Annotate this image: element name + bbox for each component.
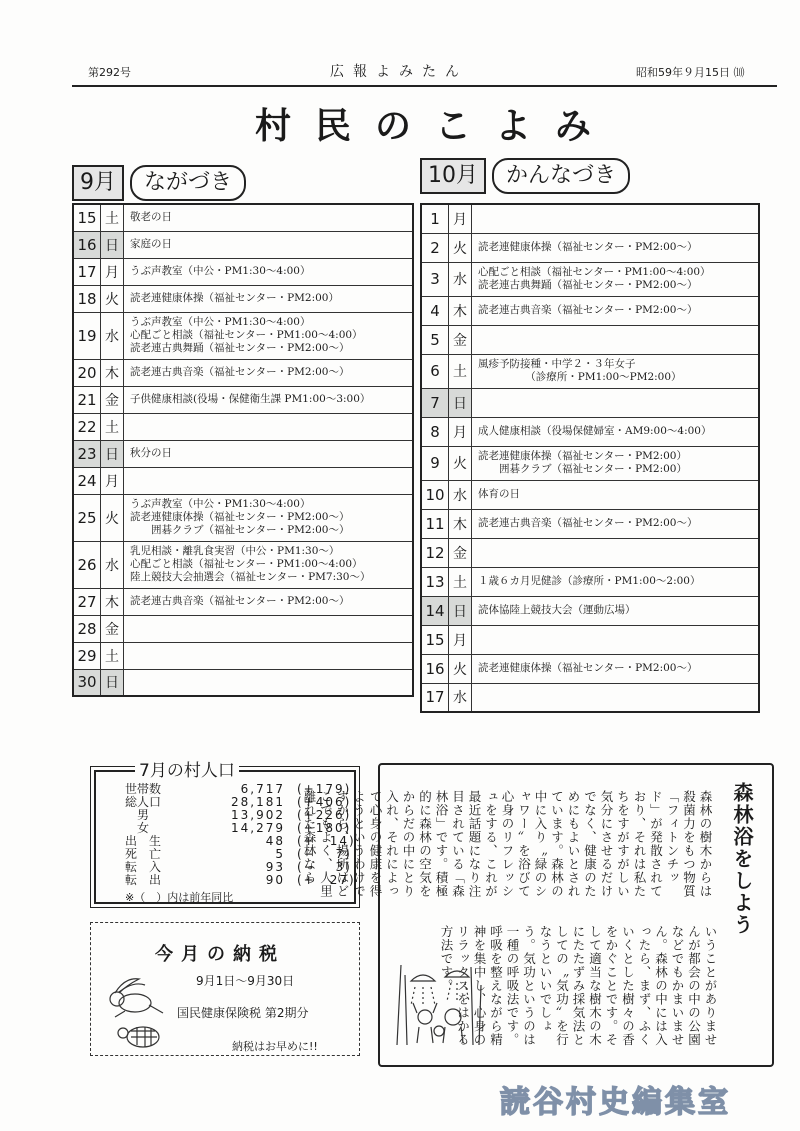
weekday: 水 [101, 312, 124, 359]
day-number: 26 [73, 541, 101, 588]
day-number: 9 [421, 446, 449, 480]
day-number: 4 [421, 296, 449, 325]
calendar-row: 14日読体協陸上競技大会（運動広場） [421, 596, 759, 625]
september-month-number: 9月 [72, 165, 124, 201]
calendar-row: 30日 [73, 669, 413, 696]
day-number: 23 [73, 440, 101, 467]
events-cell [124, 669, 414, 696]
weekday: 土 [101, 204, 124, 231]
october-calendar: 1月2火読老連健康体操（福祉センター・PM2:00～）3水心配ごと相談（福祉セン… [420, 203, 760, 713]
day-number: 3 [421, 262, 449, 296]
september-label: 9月 ながづき [72, 165, 246, 201]
weekday: 土 [101, 413, 124, 440]
calendar-row: 11木読老連古典音楽（福祉センター・PM2:00～） [421, 509, 759, 538]
day-number: 19 [73, 312, 101, 359]
event: 囲碁クラブ（福祉センター・PM2:00） [478, 463, 758, 476]
october-month-number: 10月 [420, 158, 486, 194]
events-cell [472, 625, 760, 654]
event: 読老連健康体操（福祉センター・PM2:00～） [478, 662, 758, 675]
weekday: 月 [449, 204, 472, 233]
weekday: 火 [449, 654, 472, 683]
events-cell [472, 388, 760, 417]
day-number: 17 [421, 683, 449, 712]
calendar-row: 29土 [73, 642, 413, 669]
day-number: 10 [421, 480, 449, 509]
day-number: 22 [73, 413, 101, 440]
weekday: 金 [449, 538, 472, 567]
weekday: 月 [101, 258, 124, 285]
day-number: 16 [421, 654, 449, 683]
events-cell: 心配ごと相談（福祉センター・PM1:00～4:00）読老連古典舞踊（福祉センター… [472, 262, 760, 296]
event: （診療所・PM1:00～PM2:00） [478, 371, 758, 384]
forest-bath-paragraph-2: いうことがありませんが都会の中の公園などでもかまいません。森林の中には入ったら、… [490, 925, 718, 1053]
weekday: 金 [449, 325, 472, 354]
events-cell: 読老連古典音楽（福祉センター・PM2:00～） [124, 359, 414, 386]
event: 家庭の日 [130, 238, 412, 251]
events-cell [124, 642, 414, 669]
day-number: 21 [73, 386, 101, 413]
forest-bath-paragraph-1: 森林の樹木からは殺菌力をもつ物質「フィトンチッド」が発散されており、それは私たち… [383, 790, 713, 905]
day-number: 27 [73, 588, 101, 615]
events-cell [472, 683, 760, 712]
day-number: 17 [73, 258, 101, 285]
tax-title: 今月の納税 [155, 940, 285, 966]
events-cell: 読老連健康体操（福祉センター・PM2:00～） [472, 233, 760, 262]
weekday: 金 [101, 386, 124, 413]
events-cell: うぶ声教室（中公・PM1:30～4:00）読老連健康体操（福祉センター・PM2:… [124, 494, 414, 541]
weekday: 木 [101, 359, 124, 386]
calendar-row: 19水うぶ声教室（中公・PM1:30～4:00）心配ごと相談（福祉センター・PM… [73, 312, 413, 359]
day-number: 16 [73, 231, 101, 258]
day-number: 20 [73, 359, 101, 386]
events-cell: 風疹予防接種・中学２・３年女子 （診療所・PM1:00～PM2:00） [472, 354, 760, 388]
calendar-row: 12金 [421, 538, 759, 567]
events-cell: 敬老の日 [124, 204, 414, 231]
events-cell: 秋分の日 [124, 440, 414, 467]
calendar-row: 15月 [421, 625, 759, 654]
event: うぶ声教室（中公・PM1:30～4:00） [130, 316, 412, 329]
weekday: 木 [449, 509, 472, 538]
day-number: 30 [73, 669, 101, 696]
weekday: 水 [449, 683, 472, 712]
events-cell: 読老連古典音楽（福祉センター・PM2:00～） [472, 296, 760, 325]
calendar-row: 21金子供健康相談(役場・保健衛生課 PM1:00～3:00） [73, 386, 413, 413]
weekday: 金 [101, 615, 124, 642]
weekday: 日 [101, 440, 124, 467]
weekday: 日 [449, 388, 472, 417]
forest-shower-illustration [393, 955, 483, 1045]
events-cell: 読老連古典音楽（福祉センター・PM2:00～） [124, 588, 414, 615]
tax-item: 国民健康保険税 第2期分 [177, 1004, 308, 1021]
calendar-row: 9火読老連健康体操（福祉センター・PM2:00） 囲碁クラブ（福祉センター・PM… [421, 446, 759, 480]
event: 読老連健康体操（福祉センター・PM2:00～） [478, 241, 758, 254]
calendar-row: 4木読老連古典音楽（福祉センター・PM2:00～） [421, 296, 759, 325]
weekday: 水 [101, 541, 124, 588]
event: うぶ声教室（中公・PM1:30～4:00） [130, 498, 412, 511]
weekday: 木 [101, 588, 124, 615]
calendar-row: 13土１歳６カ月児健診（診療所・PM1:00～2:00） [421, 567, 759, 596]
population-note: ※（ ）内は前年同比 [125, 889, 233, 905]
weekday: 土 [449, 354, 472, 388]
weekday: 日 [101, 231, 124, 258]
events-cell: 乳児相談・離乳食実習（中公・PM1:30～）心配ごと相談（福祉センター・PM1:… [124, 541, 414, 588]
day-number: 28 [73, 615, 101, 642]
calendar-row: 26水乳児相談・離乳食実習（中公・PM1:30～）心配ごと相談（福祉センター・P… [73, 541, 413, 588]
population-title: 7月の村人口 [135, 756, 239, 781]
event: 読老連古典舞踊（福祉センター・PM2:00～） [478, 279, 758, 292]
september-calendar: 15土敬老の日16日家庭の日17月うぶ声教室（中公・PM1:30～4:00）18… [72, 203, 414, 697]
weekday: 火 [101, 285, 124, 312]
weekday: 土 [101, 642, 124, 669]
day-number: 18 [73, 285, 101, 312]
date-text: 昭和59年９月15日 [636, 66, 730, 79]
event: 心配ごと相談（福祉センター・PM1:00～4:00） [478, 266, 758, 279]
weekday: 水 [449, 262, 472, 296]
september-month-name: ながづき [130, 165, 246, 201]
day-number: 25 [73, 494, 101, 541]
events-cell: 成人健康相談（役場保健婦室・AM9:00～4:00） [472, 417, 760, 446]
day-number: 12 [421, 538, 449, 567]
day-number: 15 [73, 204, 101, 231]
calendar-row: 16火読老連健康体操（福祉センター・PM2:00～） [421, 654, 759, 683]
calendar-row: 20木読老連古典音楽（福祉センター・PM2:00～） [73, 359, 413, 386]
day-number: 6 [421, 354, 449, 388]
event: 陸上競技大会抽選会（福祉センター・PM7:30～） [130, 571, 412, 584]
day-number: 14 [421, 596, 449, 625]
calendar-row: 16日家庭の日 [73, 231, 413, 258]
weekday: 日 [101, 669, 124, 696]
event: 読老連古典音楽（福祉センター・PM2:00～） [478, 304, 758, 317]
events-cell: １歳６カ月児健診（診療所・PM1:00～2:00） [472, 567, 760, 596]
events-cell: 読老連健康体操（福祉センター・PM2:00～） [472, 654, 760, 683]
events-cell [124, 615, 414, 642]
event: 風疹予防接種・中学２・３年女子 [478, 358, 758, 371]
calendar-row: 24月 [73, 467, 413, 494]
calendar-row: 27木読老連古典音楽（福祉センター・PM2:00～） [73, 588, 413, 615]
event: うぶ声教室（中公・PM1:30～4:00） [130, 265, 412, 278]
day-number: 24 [73, 467, 101, 494]
events-cell [124, 467, 414, 494]
weekday: 月 [449, 625, 472, 654]
header-rule [72, 85, 777, 87]
day-number: 29 [73, 642, 101, 669]
event: 読老連古典音楽（福祉センター・PM2:00～） [130, 595, 412, 608]
events-cell: 読老連健康体操（福祉センター・PM2:00） [124, 285, 414, 312]
calendar-row: 1月 [421, 204, 759, 233]
rabbit-turtle-illustration [105, 975, 175, 1050]
weekday: 火 [101, 494, 124, 541]
weekday: 火 [449, 446, 472, 480]
event: 読老連健康体操（福祉センター・PM2:00） [130, 292, 412, 305]
weekday: 月 [449, 417, 472, 446]
event: 心配ごと相談（福祉センター・PM1:00～4:00） [130, 329, 412, 342]
october-month-name: かんなづき [492, 158, 630, 194]
events-cell: 読老連健康体操（福祉センター・PM2:00） 囲碁クラブ（福祉センター・PM2:… [472, 446, 760, 480]
event: 読老連健康体操（福祉センター・PM2:00～） [130, 511, 412, 524]
event: １歳６カ月児健診（診療所・PM1:00～2:00） [478, 575, 758, 588]
calendar-row: 2火読老連健康体操（福祉センター・PM2:00～） [421, 233, 759, 262]
issue-date: 昭和59年９月15日 ⑽ [636, 64, 745, 80]
weekday: 火 [449, 233, 472, 262]
calendar-row: 22土 [73, 413, 413, 440]
event: 子供健康相談(役場・保健衛生課 PM1:00～3:00） [130, 393, 412, 406]
issue-number: 第292号 [88, 64, 131, 80]
weekday: 月 [101, 467, 124, 494]
event: 乳児相談・離乳食実習（中公・PM1:30～） [130, 545, 412, 558]
calendar-row: 28金 [73, 615, 413, 642]
event: 読老連健康体操（福祉センター・PM2:00） [478, 450, 758, 463]
day-number: 8 [421, 417, 449, 446]
event: 心配ごと相談（福祉センター・PM1:00～4:00） [130, 558, 412, 571]
tax-note: 納税はお早めに!! [232, 1038, 318, 1054]
event: 秋分の日 [130, 447, 412, 460]
population-label: 転 出 [125, 874, 180, 887]
events-cell: 読老連古典音楽（福祉センター・PM2:00～） [472, 509, 760, 538]
watermark: 読谷村史編集室 [500, 1077, 731, 1121]
calendar-row: 17月うぶ声教室（中公・PM1:30～4:00） [73, 258, 413, 285]
population-value: 48 [180, 835, 285, 848]
events-cell: 家庭の日 [124, 231, 414, 258]
events-cell [472, 325, 760, 354]
calendar-row: 6土風疹予防接種・中学２・３年女子 （診療所・PM1:00～PM2:00） [421, 354, 759, 388]
calendar-row: 8月成人健康相談（役場保健婦室・AM9:00～4:00） [421, 417, 759, 446]
page-number: ⑽ [734, 66, 745, 79]
day-number: 11 [421, 509, 449, 538]
day-number: 5 [421, 325, 449, 354]
day-number: 7 [421, 388, 449, 417]
weekday: 木 [449, 296, 472, 325]
weekday: 土 [449, 567, 472, 596]
forest-bath-title: 森林浴をしよう [728, 782, 757, 936]
events-cell: 読体協陸上競技大会（運動広場） [472, 596, 760, 625]
day-number: 1 [421, 204, 449, 233]
event: 成人健康相談（役場保健婦室・AM9:00～4:00） [478, 425, 758, 438]
calendar-row: 10水体育の日 [421, 480, 759, 509]
day-number: 13 [421, 567, 449, 596]
events-cell: うぶ声教室（中公・PM1:30～4:00） [124, 258, 414, 285]
publication-title: 広報よみたん [330, 61, 468, 81]
events-cell: 体育の日 [472, 480, 760, 509]
weekday: 日 [449, 596, 472, 625]
calendar-row: 5金 [421, 325, 759, 354]
population-value: 90 [180, 874, 285, 887]
day-number: 2 [421, 233, 449, 262]
event: 読体協陸上競技大会（運動広場） [478, 604, 758, 617]
calendar-row: 7日 [421, 388, 759, 417]
calendar-row: 25火うぶ声教室（中公・PM1:30～4:00）読老連健康体操（福祉センター・P… [73, 494, 413, 541]
event: 読老連古典音楽（福祉センター・PM2:00～） [130, 366, 412, 379]
events-cell: 子供健康相談(役場・保健衛生課 PM1:00～3:00） [124, 386, 414, 413]
page-title: 村民のこよみ [255, 98, 615, 149]
events-cell: うぶ声教室（中公・PM1:30～4:00）心配ごと相談（福祉センター・PM1:0… [124, 312, 414, 359]
event: 読老連古典舞踊（福祉センター・PM2:00～） [130, 342, 412, 355]
day-number: 15 [421, 625, 449, 654]
calendar-row: 15土敬老の日 [73, 204, 413, 231]
event: 敬老の日 [130, 211, 412, 224]
october-label: 10月 かんなづき [420, 158, 630, 194]
calendar-row: 23日秋分の日 [73, 440, 413, 467]
events-cell [124, 413, 414, 440]
event: 体育の日 [478, 488, 758, 501]
events-cell [472, 538, 760, 567]
calendar-row: 18火読老連健康体操（福祉センター・PM2:00） [73, 285, 413, 312]
weekday: 水 [449, 480, 472, 509]
calendar-row: 3水心配ごと相談（福祉センター・PM1:00～4:00）読老連古典舞踊（福祉セン… [421, 262, 759, 296]
events-cell [472, 204, 760, 233]
event: 囲碁クラブ（福祉センター・PM2:00～） [130, 524, 412, 537]
calendar-row: 17水 [421, 683, 759, 712]
event: 読老連古典音楽（福祉センター・PM2:00～） [478, 517, 758, 530]
tax-period: 9月1日～9月30日 [196, 972, 294, 989]
